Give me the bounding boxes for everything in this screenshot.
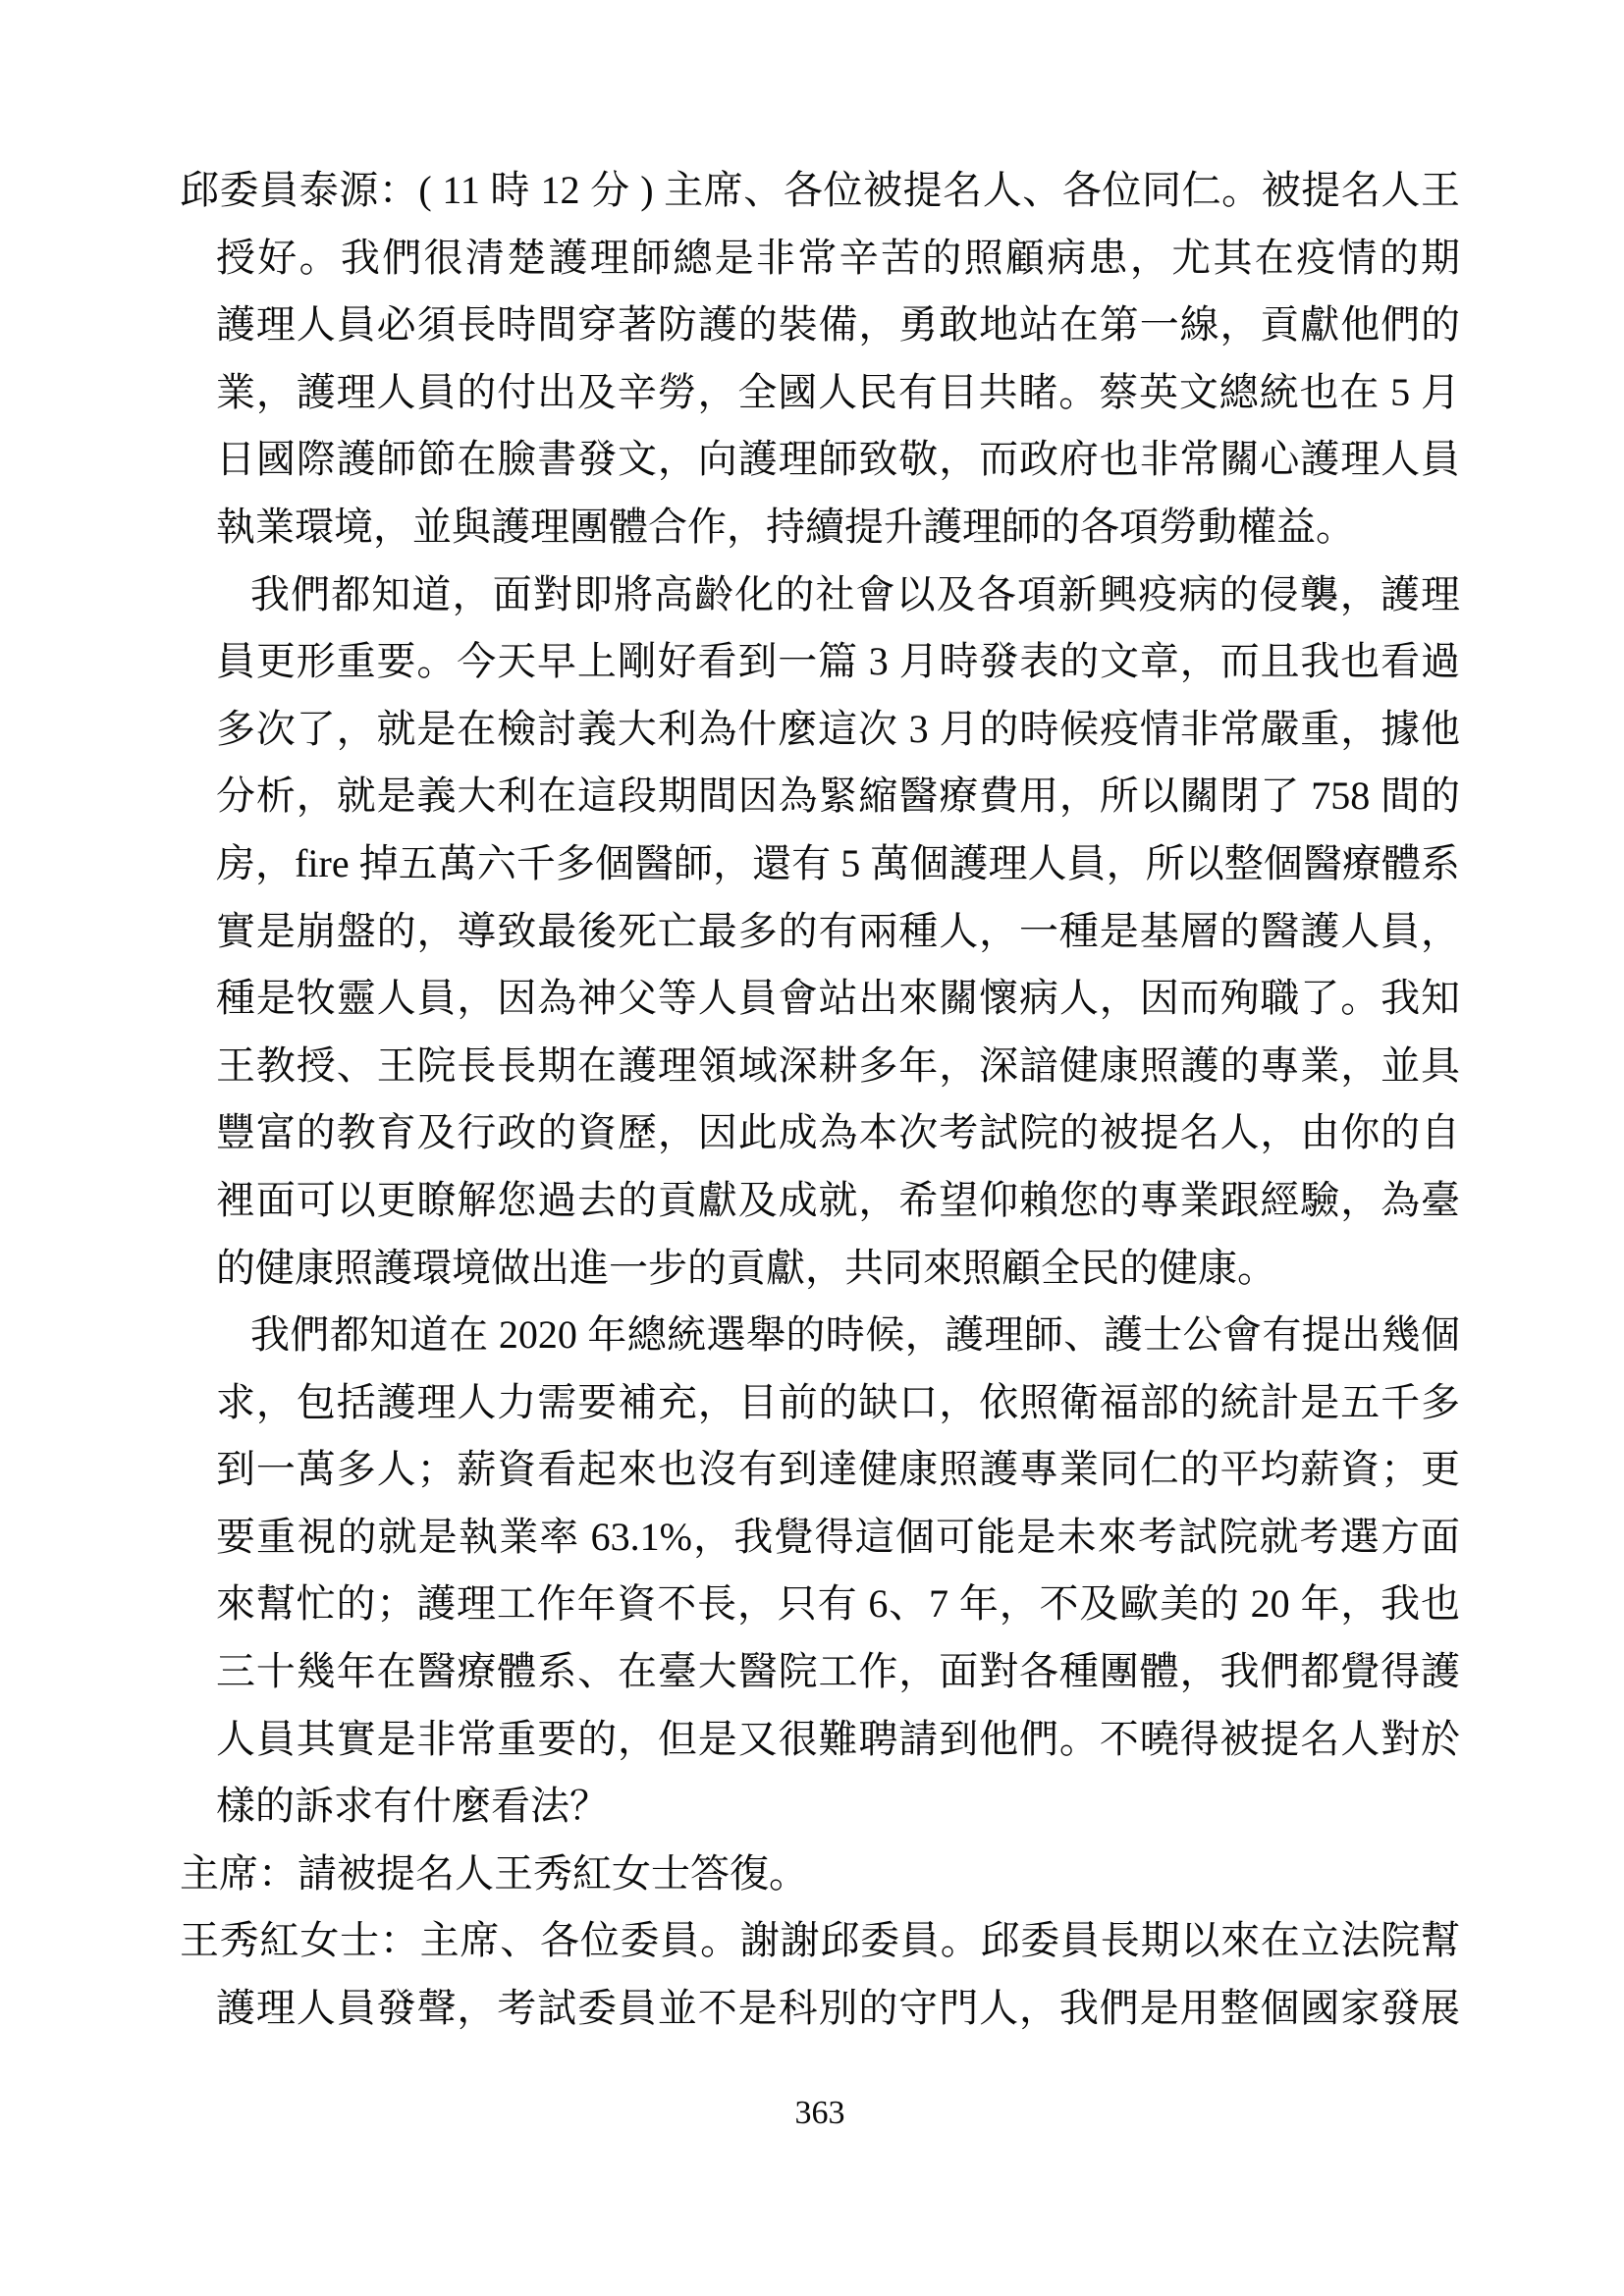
transcript-line: 王教授、王院長長期在護理領域深耕多年，深諳健康照護的專業，並具有 [216, 1033, 1460, 1100]
transcript-line: 員更形重要。今天早上剛好看到一篇 3 月時發表的文章，而且我也看過很 [216, 628, 1460, 696]
transcript-line: 來幫忙的；護理工作年資不長，只有 6、7 年，不及歐美的 20 年，我也是 [216, 1571, 1460, 1638]
transcript-line: 授好。我們很清楚護理師總是非常辛苦的照顧病患，尤其在疫情的期間， [216, 225, 1460, 293]
transcript-line: 的健康照護環境做出進一步的貢獻，共同來照顧全民的健康。 [216, 1235, 1460, 1303]
transcript-line: 豐富的教育及行政的資歷，因此成為本次考試院的被提名人，由你的自傳 [216, 1099, 1460, 1167]
transcript-line: 我們都知道在 2020 年總統選舉的時候，護理師、護士公會有提出幾個訴 [250, 1302, 1460, 1369]
transcript-line: 種是牧靈人員，因為神父等人員會站出來關懷病人，因而殉職了。我知道 [216, 965, 1460, 1033]
transcript-line: 裡面可以更瞭解您過去的貢獻及成就，希望仰賴您的專業跟經驗，為臺灣 [216, 1167, 1460, 1235]
transcript-line: 樣的訴求有什麼看法？ [216, 1773, 1460, 1841]
page-number: 363 [180, 2094, 1460, 2133]
transcript-line: 多次了，就是在檢討義大利為什麼這次 3 月的時候疫情非常嚴重，據他的 [216, 696, 1460, 764]
transcript-line: 執業環境，並與護理團體合作，持續提升護理師的各項勞動權益。 [216, 494, 1460, 561]
transcript-line: 護理人員發聲，考試委員並不是科別的守門人，我們是用整個國家發展來 [216, 1975, 1460, 2043]
transcript-line: 王秀紅女士：主席、各位委員。謝謝邱委員。邱委員長期以來在立法院幫忙 [180, 1907, 1460, 1975]
transcript-line: 護理人員必須長時間穿著防護的裝備，勇敢地站在第一線，貢獻他們的專 [216, 292, 1460, 359]
document-page: 邱委員泰源：( 11 時 12 分 ) 主席、各位被提名人、各位同仁。被提名人王… [0, 0, 1624, 2296]
transcript-line: 人員其實是非常重要的，但是又很難聘請到他們。不曉得被提名人對於這 [216, 1706, 1460, 1774]
transcript-line: 實是崩盤的，導致最後死亡最多的有兩種人，一種是基層的醫護人員，一 [216, 898, 1460, 966]
transcript-line: 求，包括護理人力需要補充，目前的缺口，依照衛福部的統計是五千多人 [216, 1369, 1460, 1437]
transcript-line: 三十幾年在醫療體系、在臺大醫院工作，面對各種團體，我們都覺得護理 [216, 1638, 1460, 1706]
transcript-line: 主席：請被提名人王秀紅女士答復。 [180, 1841, 1460, 1908]
transcript-line: 我們都知道，面對即將高齡化的社會以及各項新興疫病的侵襲，護理人 [250, 561, 1460, 629]
transcript-line: 業，護理人員的付出及辛勞，全國人民有目共睹。蔡英文總統也在 5 月 12 [216, 359, 1460, 427]
transcript-line: 日國際護師節在臉書發文，向護理師致敬，而政府也非常關心護理人員的 [216, 426, 1460, 494]
transcript-line: 分析，就是義大利在這段期間因為緊縮醫療費用，所以關閉了 758 間的病 [216, 763, 1460, 830]
transcript-line: 要重視的就是執業率 63.1%，我覺得這個可能是未來考試院就考選方面可以 [216, 1504, 1460, 1572]
transcript-line: 邱委員泰源：( 11 時 12 分 ) 主席、各位被提名人、各位同仁。被提名人王… [180, 157, 1460, 225]
transcript-line: 房，fire 掉五萬六千多個醫師，還有 5 萬個護理人員，所以整個醫療體系其 [216, 830, 1460, 898]
transcript-body: 邱委員泰源：( 11 時 12 分 ) 主席、各位被提名人、各位同仁。被提名人王… [180, 157, 1460, 2043]
transcript-line: 到一萬多人；薪資看起來也沒有到達健康照護專業同仁的平均薪資；更需 [216, 1436, 1460, 1504]
